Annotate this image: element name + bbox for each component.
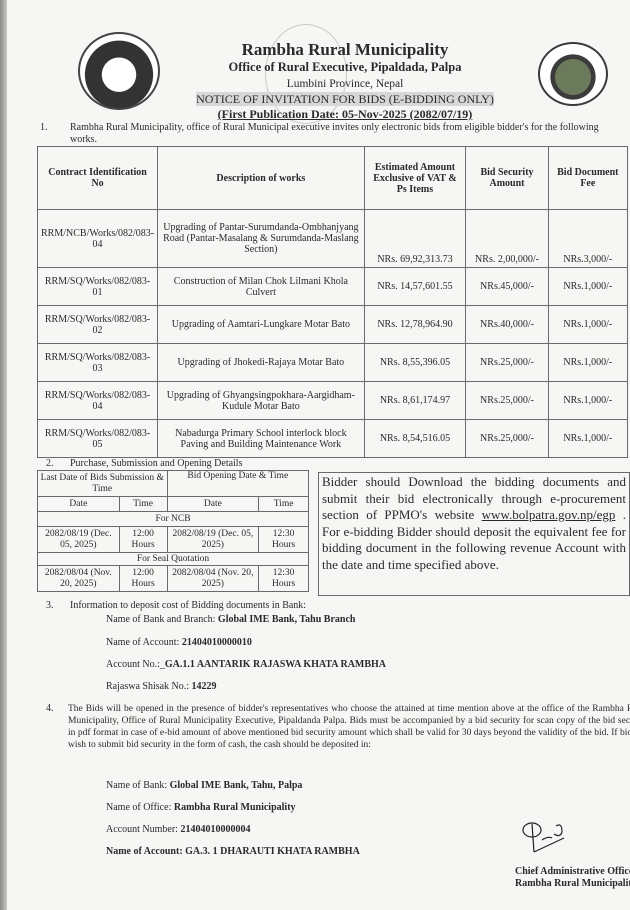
account-no-field: Account No.:_GA.1.1 AANTARIK RAJASWA KHA… <box>106 659 386 670</box>
contract-id: RRM/SQ/Works/082/083-01 <box>38 268 158 306</box>
table-row: RRM/SQ/Works/082/083-03Upgrading of Jhok… <box>38 344 628 382</box>
municipality-title: Rambha Rural Municipality <box>30 40 630 60</box>
bid-security: NRs.45,000/- <box>466 268 548 306</box>
work-description: Upgrading of Pantar-Surumdanda-Ombhanjya… <box>158 210 365 268</box>
works-header-4: Bid Document Fee <box>548 147 627 210</box>
table-row: RRM/SQ/Works/082/083-02Upgrading of Aamt… <box>38 306 628 344</box>
bid-security: NRs.40,000/- <box>466 306 548 344</box>
section4-text: The Bids will be opened in the presence … <box>68 703 630 751</box>
sub-header-time: Time <box>119 497 167 512</box>
open-header-date: Date <box>167 497 259 512</box>
ncb-opening-time: 12:30 Hours <box>259 527 309 553</box>
scan-edge <box>0 0 7 910</box>
work-description: Upgrading of Jhokedi-Rajaya Motar Bato <box>158 344 365 382</box>
section2-title: Purchase, Submission and Opening Details <box>70 458 242 470</box>
contract-id: RRM/SQ/Works/082/083-02 <box>38 306 158 344</box>
table-row: RRM/NCB/Works/082/083-04Upgrading of Pan… <box>38 210 628 268</box>
document-fee: NRs.3,000/- <box>548 210 627 268</box>
estimated-amount: NRs. 8,61,174.97 <box>364 382 466 420</box>
bid-security: NRs.25,000/- <box>466 420 548 458</box>
document-fee: NRs.1,000/- <box>548 306 627 344</box>
bid-security: NRs. 2,00,000/- <box>466 210 548 268</box>
bank-branch-field: Name of Bank and Branch: Global IME Bank… <box>106 614 355 625</box>
works-table: Contract Identification NoDescription of… <box>37 146 628 458</box>
contract-id: RRM/SQ/Works/082/083-03 <box>38 344 158 382</box>
work-description: Construction of Milan Chok Lilmani Khola… <box>158 268 365 306</box>
estimated-amount: NRs. 14,57,601.55 <box>364 268 466 306</box>
account-name-field: Name of Account: 21404010000010 <box>106 637 252 648</box>
province-line: Lumbini Province, Nepal <box>30 78 630 90</box>
work-description: Nabadurga Primary School interlock block… <box>158 420 365 458</box>
document-fee: NRs.1,000/- <box>548 382 627 420</box>
cash-office-field: Name of Office: Rambha Rural Municipalit… <box>106 802 296 813</box>
ncb-opening-date: 2082/08/19 (Dec. 05, 2025) <box>167 527 259 553</box>
document-fee: NRs.1,000/- <box>548 420 627 458</box>
rajaswa-field: Rajaswa Shisak No.: 14229 <box>106 681 217 692</box>
document-fee: NRs.1,000/- <box>548 268 627 306</box>
contract-id: RRM/NCB/Works/082/083-04 <box>38 210 158 268</box>
bid-security: NRs.25,000/- <box>466 382 548 420</box>
estimated-amount: NRs. 12,78,964.90 <box>364 306 466 344</box>
schedule-table: Last Date of Bids Submission & Time Bid … <box>37 470 309 592</box>
work-description: Upgrading of Ghyangsingpokhara-Aargidham… <box>158 382 365 420</box>
ncb-label: For NCB <box>38 512 309 527</box>
document-fee: NRs.1,000/- <box>548 344 627 382</box>
section3-number: 3. <box>46 600 54 611</box>
section1-number: 1. <box>40 122 48 133</box>
estimated-amount: NRs. 8,55,396.05 <box>364 344 466 382</box>
work-description: Upgrading of Aamtari-Lungkare Motar Bato <box>158 306 365 344</box>
publication-date: (First Publication Date: 05-Nov-2025 (20… <box>30 107 630 122</box>
submission-header: Last Date of Bids Submission & Time <box>38 471 168 497</box>
notice-title: NOTICE OF INVITATION FOR BIDS (E-BIDDING… <box>30 92 630 107</box>
cash-account-name-field: Name of Account: GA.3. 1 DHARAUTI KHATA … <box>106 846 360 857</box>
bolpatra-link[interactable]: www.bolpatra.gov.np/egp <box>482 507 616 522</box>
works-header-2: Estimated Amount Exclusive of VAT & Ps I… <box>364 147 466 210</box>
opening-header: Bid Opening Date & Time <box>167 471 308 497</box>
contract-id: RRM/SQ/Works/082/083-05 <box>38 420 158 458</box>
table-row: RRM/SQ/Works/082/083-05Nabadurga Primary… <box>38 420 628 458</box>
signature-mark <box>520 818 570 858</box>
signatory-block: Chief Administrative Officer Rambha Rura… <box>515 866 630 890</box>
works-header-0: Contract Identification No <box>38 147 158 210</box>
e-bidding-note: Bidder should Download the bidding docum… <box>318 472 630 596</box>
cash-account-number-field: Account Number: 21404010000004 <box>106 824 250 835</box>
estimated-amount: NRs. 69,92,313.73 <box>364 210 466 268</box>
sq-submission-date: 2082/08/04 (Nov. 20, 2025) <box>38 566 120 592</box>
cash-bank-field: Name of Bank: Global IME Bank, Tahu, Pal… <box>106 780 302 791</box>
section1-text: Rambha Rural Municipality, office of Rur… <box>70 122 625 146</box>
section3-title: Information to deposit cost of Bidding d… <box>70 600 306 612</box>
open-header-time: Time <box>259 497 309 512</box>
ncb-submission-date: 2082/08/19 (Dec. 05, 2025) <box>38 527 120 553</box>
sq-opening-time: 12:30 Hours <box>259 566 309 592</box>
office-subtitle: Office of Rural Executive, Pipaldada, Pa… <box>30 60 630 75</box>
bid-security: NRs.25,000/- <box>466 344 548 382</box>
ncb-submission-time: 12:00 Hours <box>119 527 167 553</box>
table-row: RRM/SQ/Works/082/083-04Upgrading of Ghya… <box>38 382 628 420</box>
contract-id: RRM/SQ/Works/082/083-04 <box>38 382 158 420</box>
table-row: RRM/SQ/Works/082/083-01Construction of M… <box>38 268 628 306</box>
estimated-amount: NRs. 8,54,516.05 <box>364 420 466 458</box>
sub-header-date: Date <box>38 497 120 512</box>
sq-submission-time: 12:00 Hours <box>119 566 167 592</box>
works-header-3: Bid Security Amount <box>466 147 548 210</box>
section4-number: 4. <box>46 703 54 714</box>
sq-opening-date: 2082/08/04 (Nov. 20, 2025) <box>167 566 259 592</box>
works-header-1: Description of works <box>158 147 365 210</box>
sq-label: For Seal Quotation <box>38 553 309 566</box>
section2-number: 2. <box>46 458 54 469</box>
